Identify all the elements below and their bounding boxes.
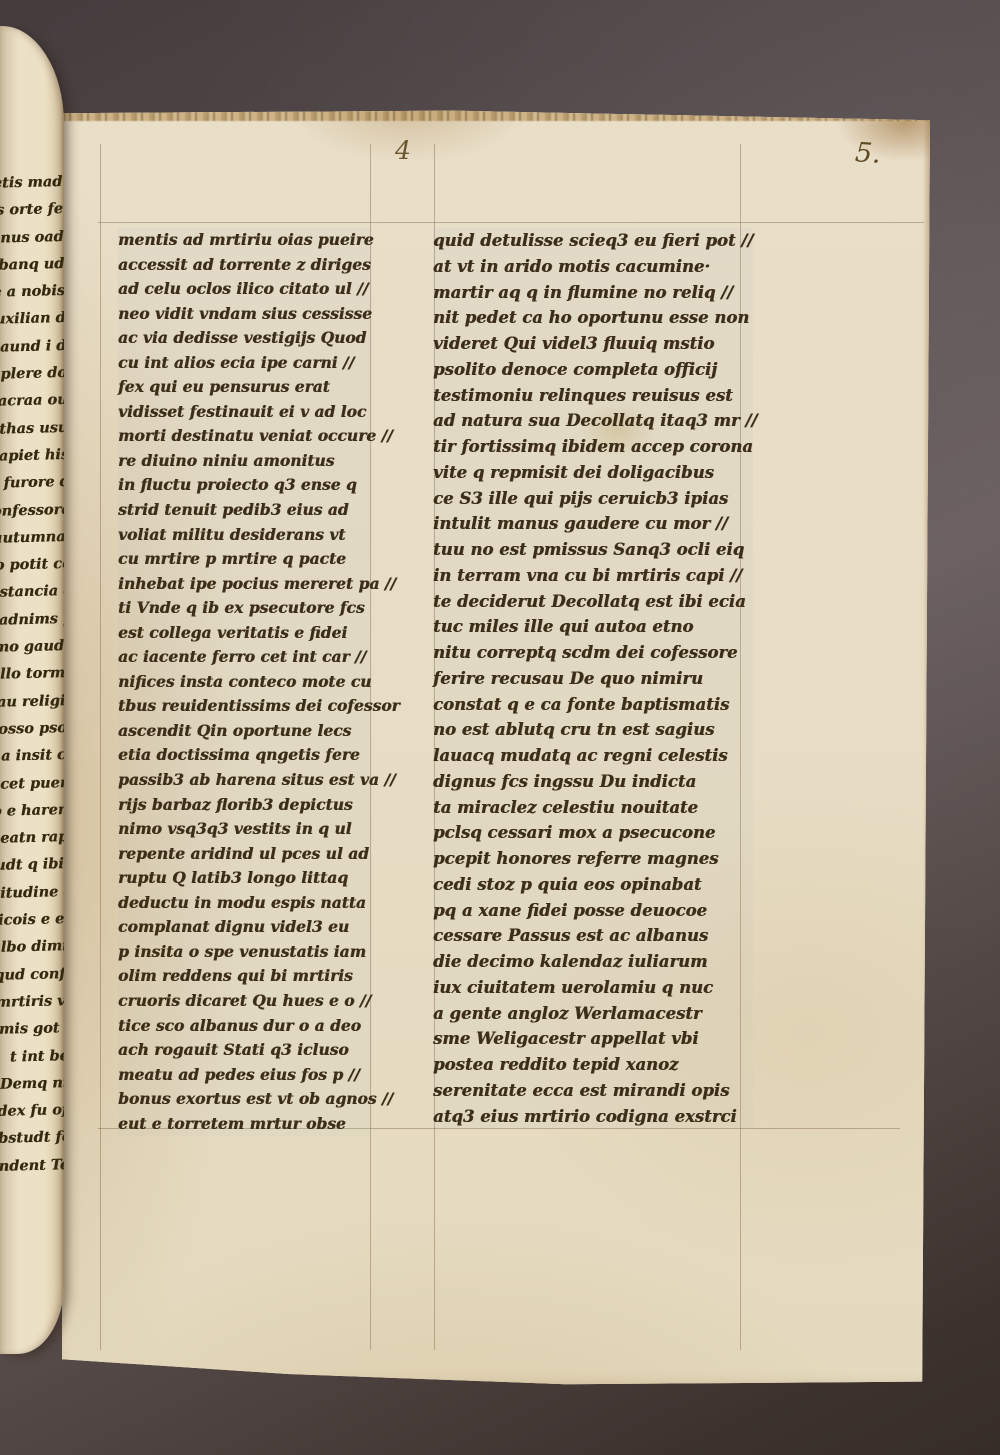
manuscript-text-line: atq3 eius mrtirio codigna exstrci bbox=[433, 1104, 753, 1130]
manuscript-text-line: ms orte fe bbox=[0, 195, 63, 226]
manuscript-text-line: passib3 ab harena situs est va // bbox=[118, 768, 372, 793]
manuscript-text-line: meatn rapd bbox=[0, 823, 64, 854]
manuscript-text-line: albo dimitt bbox=[0, 932, 64, 963]
manuscript-text-line: fex qui eu pensurus erat bbox=[118, 375, 372, 400]
ruling-line-vertical-outer-left bbox=[100, 144, 101, 1350]
manuscript-text-line: ac iacente ferro cet int car // bbox=[118, 645, 372, 670]
manuscript-text-line: psolito denoce completa officij bbox=[433, 357, 753, 383]
manuscript-text-line: tau religio bbox=[0, 686, 64, 717]
manuscript-text-line: etia doctissima qngetis fere bbox=[118, 743, 372, 768]
manuscript-text-line: Demq ntai bbox=[0, 1069, 64, 1100]
facing-page-edge: etis madms orte femagnus oads Albanq udn… bbox=[0, 26, 64, 1354]
manuscript-text-line: repente aridind ul pces ul ad bbox=[118, 842, 372, 867]
manuscript-text-line: t int beia bbox=[0, 1041, 64, 1072]
manuscript-text-line: ce S3 ille qui pijs ceruicb3 ipias bbox=[433, 486, 753, 512]
manuscript-text-line: ne a nobis bbox=[0, 277, 64, 308]
manuscript-page: 4 5. mentis ad mrtiriu oias pueireaccess… bbox=[62, 110, 930, 1390]
manuscript-text-line: tice sco albanus dur o a deo bbox=[118, 1014, 372, 1039]
manuscript-text-line: x illo torme bbox=[0, 659, 64, 690]
manuscript-text-line: testimoniu relinques reuisus est bbox=[433, 383, 753, 409]
manuscript-text-line: mplere do bbox=[0, 359, 64, 390]
manuscript-text-line: iux ciuitatem uerolamiu q nuc bbox=[433, 975, 753, 1001]
facing-page-text: etis madms orte femagnus oads Albanq udn… bbox=[0, 168, 64, 1181]
manuscript-text-line: re diuino niniu amonitus bbox=[118, 449, 372, 474]
manuscript-text-line: ad natura sua Decollatq itaq3 mr // bbox=[433, 408, 753, 434]
manuscript-text-line: ferire recusau De quo nimiru bbox=[433, 666, 753, 692]
manuscript-text-line: aqud confss bbox=[0, 959, 64, 990]
manuscript-text-line: die decimo kalendaz iuliarum bbox=[433, 949, 753, 975]
manuscript-text-line: pclsq cessari mox a psecucone bbox=[433, 820, 753, 846]
manuscript-text-line: tir fortissimq ibidem accep corona bbox=[433, 434, 753, 460]
manuscript-text-line: pcepit honores referre magnes bbox=[433, 846, 753, 872]
manuscript-text-line: vite q repmisit dei doligacibus bbox=[433, 460, 753, 486]
manuscript-text-line: nitu correptq scdm dei cofessore bbox=[433, 640, 753, 666]
manuscript-text-line: no est ablutq cru tn est sagius bbox=[433, 717, 753, 743]
manuscript-text-line: o e harena bbox=[0, 796, 64, 827]
manuscript-text-line: p insita o spe venustatis iam bbox=[118, 940, 372, 965]
manuscript-text-line: t auxilian d bbox=[0, 304, 64, 335]
manuscript-text-line: bonus exortus est vt ob agnos // bbox=[118, 1087, 372, 1112]
manuscript-text-line: ethas usu bbox=[0, 414, 64, 445]
manuscript-text-line: ndex fu ofsc bbox=[0, 1096, 64, 1127]
manuscript-text-line: cu int alios ecia ipe carni // bbox=[118, 351, 372, 376]
manuscript-text-line: imo gaudo bbox=[0, 632, 64, 663]
manuscript-text-line: s sacraa ou bbox=[0, 386, 64, 417]
manuscript-text-line: lauacq mudatq ac regni celestis bbox=[433, 743, 753, 769]
manuscript-text-line: deductu in modu espis natta bbox=[118, 891, 372, 916]
manuscript-text-line: nit pedet ca ho oportunu esse non bbox=[433, 305, 753, 331]
manuscript-text-line: apiet his bbox=[0, 441, 64, 472]
manuscript-text-line: mentis ad mrtiriu oias pueire bbox=[118, 228, 372, 253]
manuscript-text-line: est collega veritatis e fidei bbox=[118, 621, 372, 646]
text-column-left: mentis ad mrtiriu oias pueireaccessit ad… bbox=[118, 228, 372, 1136]
manuscript-text-line: tuu no est pmissus Sanq3 ocli eiq bbox=[433, 537, 753, 563]
manuscript-text-line: martir aq q in flumine no reliq // bbox=[433, 280, 753, 306]
manuscript-text-line: pplicaund i d bbox=[0, 332, 64, 363]
manuscript-text-line: cruoris dicaret Qu hues e o // bbox=[118, 989, 372, 1014]
manuscript-text-line: in terram vna cu bi mrtiris capi // bbox=[433, 563, 753, 589]
manuscript-text-line: cedi stoz p quia eos opinabat bbox=[433, 872, 753, 898]
manuscript-text-line: s Albanq ud bbox=[0, 250, 64, 281]
manuscript-text-line: o furore d bbox=[0, 468, 64, 499]
folio-number: 5. bbox=[847, 137, 889, 171]
manuscript-text-line: a insit cu bbox=[0, 741, 64, 772]
manuscript-text-line: meatu ad pedes eius fos p // bbox=[118, 1063, 372, 1088]
manuscript-text-line: tuc miles ille qui autoa etno bbox=[433, 614, 753, 640]
manuscript-text-line: ndent Tent bbox=[0, 1150, 64, 1181]
manuscript-text-line: morti destinatu veniat occure // bbox=[118, 424, 372, 449]
manuscript-text-line: rijs barbaz florib3 depictus bbox=[118, 793, 372, 818]
manuscript-text-line: etis mad bbox=[0, 168, 63, 199]
manuscript-text-line: udt q ibi p bbox=[0, 850, 64, 881]
manuscript-text-line: oit autumnal bbox=[0, 523, 64, 554]
manuscript-text-line: inhebat ipe pocius mereret pa // bbox=[118, 572, 372, 597]
manuscript-text-line: at vt in arido motis cacumine· bbox=[433, 254, 753, 280]
manuscript-text-line: o posso psoc bbox=[0, 714, 64, 745]
manuscript-text-line: ta miraclez celestiu nouitate bbox=[433, 795, 753, 821]
text-column-right: quid detulisse scieq3 eu fieri pot //at … bbox=[433, 228, 753, 1129]
manuscript-text-line: serenitate ecca est mirandi opis bbox=[433, 1078, 753, 1104]
manuscript-text-line: sme Weligacestr appellat vbi bbox=[433, 1026, 753, 1052]
manuscript-text-line: nstancia e bbox=[0, 577, 64, 608]
manuscript-text-line: cessare Passus est ac albanus bbox=[433, 923, 753, 949]
manuscript-text-line: ad celu oclos ilico citato ul // bbox=[118, 277, 372, 302]
manuscript-text-line: ti Vnde q ib ex psecutore fcs bbox=[118, 596, 372, 621]
manuscript-text-line: olim reddens qui bi mrtiris bbox=[118, 964, 372, 989]
manuscript-text-line: titudine ot bbox=[0, 878, 64, 909]
manuscript-text-line: cu mrtire p mrtire q pacte bbox=[118, 547, 372, 572]
manuscript-text-line: constat q e ca fonte baptismatis bbox=[433, 692, 753, 718]
manuscript-text-line: nifices insta conteco mote cu bbox=[118, 670, 372, 695]
photo-backdrop: etis madms orte femagnus oads Albanq udn… bbox=[0, 0, 1000, 1455]
manuscript-text-line: strid tenuit pedib3 eius ad bbox=[118, 498, 372, 523]
manuscript-text-line: postea reddito tepid xanoz bbox=[433, 1052, 753, 1078]
ruling-line-horizontal-top bbox=[98, 222, 924, 223]
manuscript-text-line: ac via dedisse vestigijs Quod bbox=[118, 326, 372, 351]
manuscript-text-line: a gente angloz Werlamacestr bbox=[433, 1001, 753, 1027]
manuscript-text-line: ach rogauit Stati q3 icluso bbox=[118, 1038, 372, 1063]
manuscript-text-line: no potit co bbox=[0, 550, 64, 581]
manuscript-text-line: e mrtiris ver bbox=[0, 987, 64, 1018]
manuscript-text-line: intulit manus gaudere cu mor // bbox=[433, 511, 753, 537]
manuscript-text-line: a confessore bbox=[0, 495, 64, 526]
manuscript-text-line: tbus reuidentissims dei cofessor bbox=[118, 694, 372, 719]
page-right-edge-shading bbox=[923, 110, 930, 1390]
manuscript-text-line: cet puent bbox=[0, 768, 64, 799]
manuscript-text-line: ascendit Qin oportune lecs bbox=[118, 719, 372, 744]
manuscript-text-line: complanat dignu videl3 eu bbox=[118, 915, 372, 940]
manuscript-text-line: neo vidit vndam sius cessisse bbox=[118, 302, 372, 327]
manuscript-text-line: t adnims p bbox=[0, 605, 64, 636]
manuscript-text-line: in fluctu proiecto q3 ense q bbox=[118, 473, 372, 498]
page-top-edge bbox=[62, 110, 930, 121]
manuscript-text-line: te deciderut Decollatq est ibi ecia bbox=[433, 589, 753, 615]
manuscript-text-line: ruptu Q latib3 longo littaq bbox=[118, 866, 372, 891]
manuscript-text-line: voliat militu desiderans vt bbox=[118, 523, 372, 548]
manuscript-text-line: videret Qui videl3 fluuiq mstio bbox=[433, 331, 753, 357]
quire-mark: 4 bbox=[388, 136, 418, 165]
manuscript-text-line: quid detulisse scieq3 eu fieri pot // bbox=[433, 228, 753, 254]
manuscript-text-line: dicois e eta bbox=[0, 905, 64, 936]
manuscript-text-line: pq a xane fidei posse deuocoe bbox=[433, 898, 753, 924]
manuscript-text-line: eut e torretem mrtur obse bbox=[118, 1112, 372, 1137]
manuscript-text-line: nimo vsq3q3 vestits in q ul bbox=[118, 817, 372, 842]
manuscript-text-line: bstudt fort bbox=[0, 1123, 64, 1154]
manuscript-text-line: dignus fcs ingssu Du indicta bbox=[433, 769, 753, 795]
manuscript-text-line: vidisset festinauit ei v ad loc bbox=[118, 400, 372, 425]
manuscript-text-line: accessit ad torrente z diriges bbox=[118, 253, 372, 278]
manuscript-text-line: imis got co bbox=[0, 1014, 64, 1045]
manuscript-text-line: magnus oad bbox=[0, 223, 64, 254]
